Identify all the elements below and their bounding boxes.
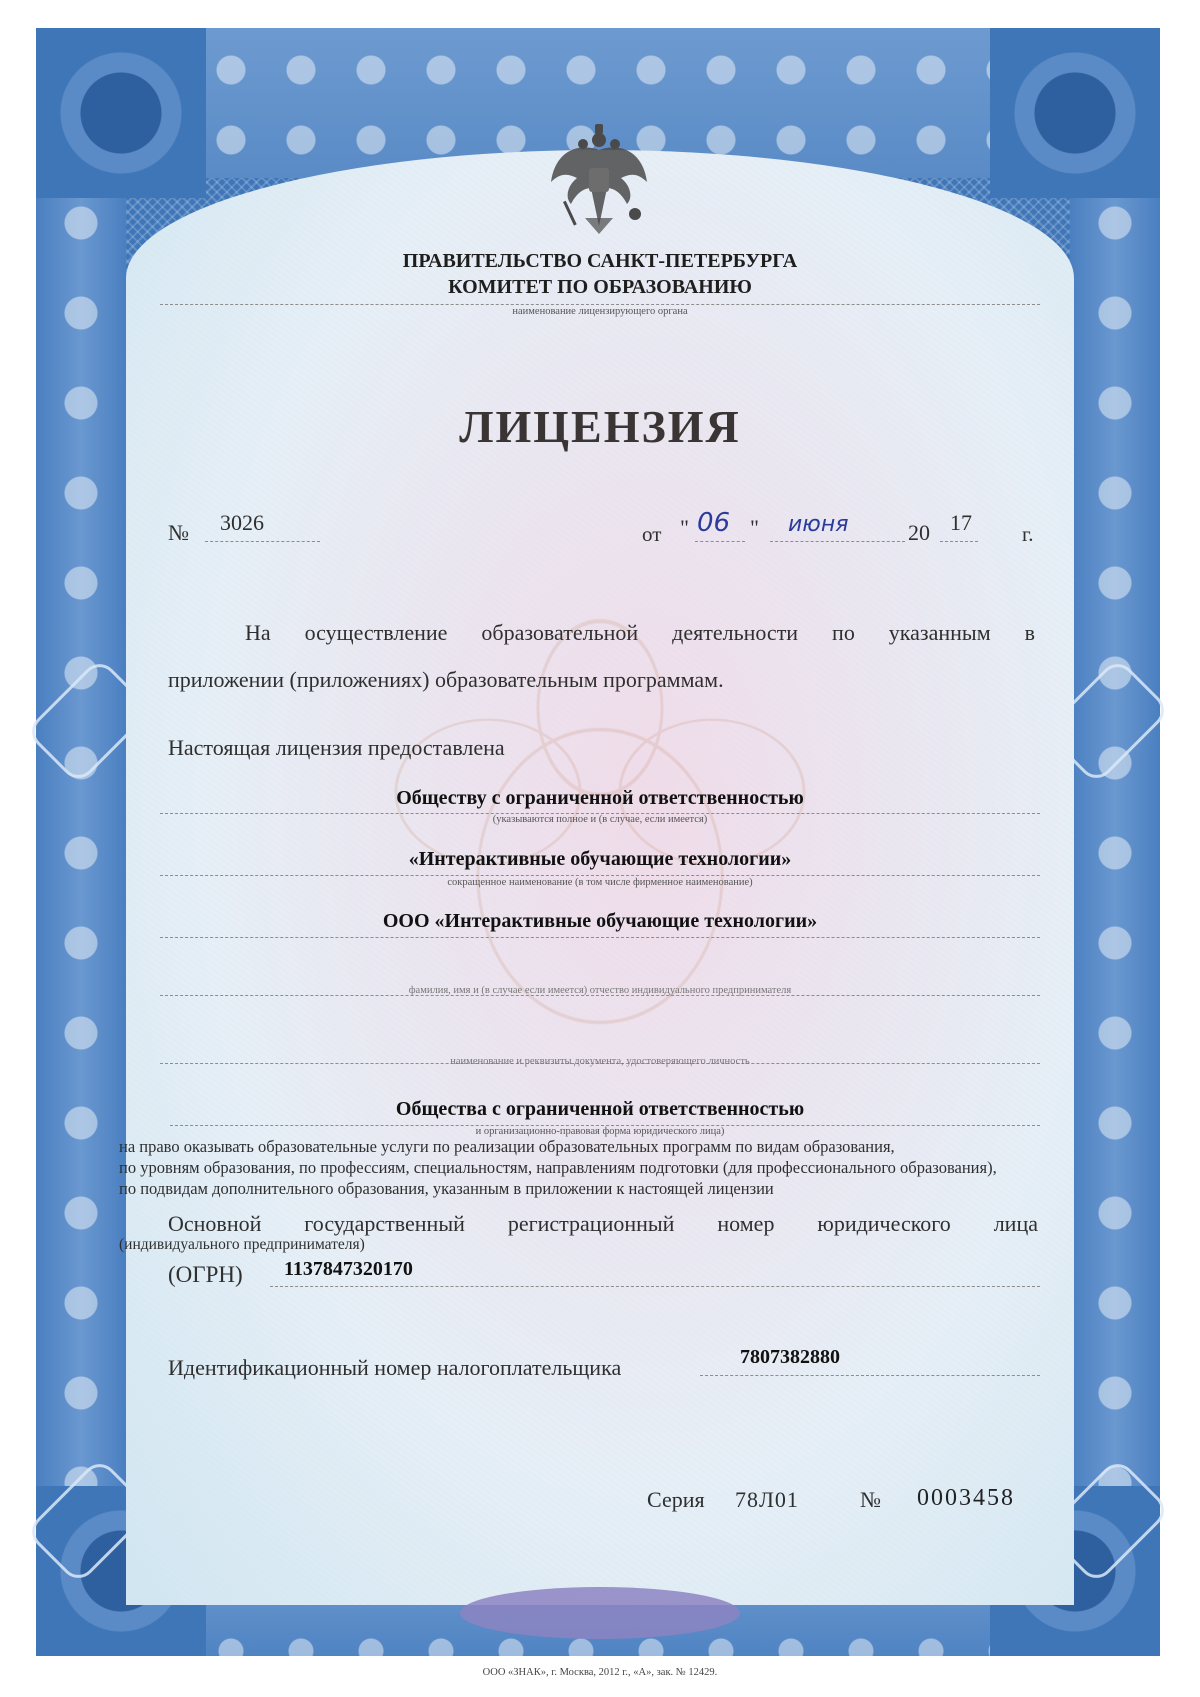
short-name-caption: сокращенное наименование (в том числе фи…: [160, 877, 1040, 888]
authority-line-1: ПРАВИТЕЛЬСТВО САНКТ-ПЕТЕРБУРГА: [300, 250, 900, 273]
year-underline: [940, 541, 978, 542]
date-prefix: от: [642, 522, 661, 547]
inn-underline: [700, 1375, 1040, 1376]
ogrn-label-line-1: Основной государственный регистрационный…: [168, 1211, 1038, 1237]
id-doc-caption: наименование и реквизиты документа, удос…: [160, 1056, 1040, 1067]
divider: [160, 304, 1040, 305]
ip-name-caption: фамилия, имя и (в случае если имеется) о…: [160, 985, 1040, 996]
authority-caption: наименование лицензирующего органа: [300, 306, 900, 317]
series-value: 78Л01: [735, 1487, 799, 1513]
number-label: №: [168, 520, 189, 546]
divider: [160, 875, 1040, 876]
series-number-label: №: [860, 1487, 881, 1513]
divider: [160, 937, 1040, 938]
ogrn-value: 1137847320170: [284, 1258, 413, 1281]
license-number: 3026: [220, 510, 264, 536]
document-title: ЛИЦЕНЗИЯ: [300, 400, 900, 453]
purpose-line-2: приложении (приложениях) образовательным…: [168, 667, 724, 693]
legal-form: Общества с ограниченной ответственностью: [160, 1098, 1040, 1121]
year-unit: г.: [1022, 522, 1034, 547]
ogrn-abbr: (ОГРН): [168, 1262, 243, 1288]
corner-ornament-icon: [36, 28, 206, 198]
number-underline: [205, 541, 320, 542]
rights-line-3: по подвидам дополнительного образования,…: [119, 1179, 774, 1199]
date-month: июня: [788, 512, 848, 537]
date-day: 06: [697, 508, 730, 538]
border-right-band: [1070, 178, 1160, 1561]
legal-form-caption: и организационно-правовая форма юридичес…: [160, 1126, 1040, 1137]
inn-value: 7807382880: [740, 1346, 840, 1369]
year-prefix: 20: [908, 520, 930, 546]
short-name: ООО «Интерактивные обучающие технологии»: [160, 910, 1040, 933]
inn-label: Идентификационный номер налогоплательщик…: [168, 1355, 621, 1381]
full-name-caption: (указываются полное и (в случае, если им…: [160, 814, 1040, 825]
granted-to-label: Настоящая лицензия предоставлена: [168, 735, 505, 761]
authority-line-2: КОМИТЕТ ПО ОБРАЗОВАНИЮ: [300, 276, 900, 299]
day-underline: [695, 541, 745, 542]
rights-line-2: по уровням образования, по профессиям, с…: [119, 1158, 997, 1178]
coat-of-arms-icon: [547, 122, 651, 238]
rights-line-1: на право оказывать образовательные услуг…: [119, 1137, 895, 1157]
full-name-line-1: Обществу с ограниченной ответственностью: [160, 787, 1040, 810]
ogrn-label-line-2: (индивидуального предпринимателя): [119, 1236, 365, 1254]
full-name-line-2: «Интерактивные обучающие технологии»: [160, 848, 1040, 871]
hologram-oval-icon: [450, 1585, 750, 1645]
corner-ornament-icon: [990, 28, 1160, 198]
series-number: 0003458: [917, 1485, 1015, 1512]
printer-imprint: ООО «ЗНАК», г. Москва, 2012 г., «А», зак…: [300, 1667, 900, 1678]
date-close-quote: ": [750, 515, 759, 541]
ogrn-underline: [270, 1286, 1040, 1287]
year-suffix: 17: [950, 510, 972, 536]
purpose-line-1: На осуществление образовательной деятель…: [245, 620, 1035, 646]
month-underline: [770, 541, 905, 542]
border-left-band: [36, 178, 126, 1561]
series-label: Серия: [647, 1487, 705, 1513]
date-open-quote: ": [680, 515, 689, 541]
